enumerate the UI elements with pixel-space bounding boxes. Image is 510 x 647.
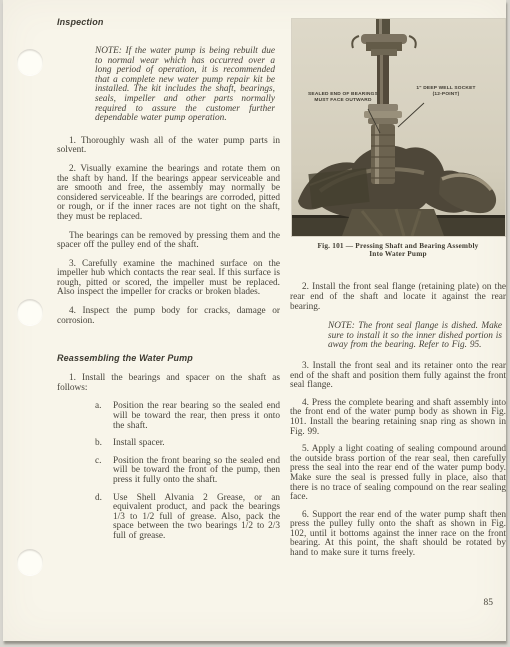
lettered-step-list: a. Position the rear bearing so the seal…: [95, 402, 280, 541]
step-text: Install spacer.: [113, 439, 280, 449]
callout-sealed-end: SEALED END OF BEARINGS MUST FACE OUTWARD: [294, 92, 392, 104]
paragraph-step-2-seal-flange: 2. Install the front seal flange (retain…: [290, 283, 506, 312]
step-label: b.: [95, 439, 113, 449]
step-text: Position the front bearing so the sealed…: [113, 457, 280, 486]
step-item-b: b. Install spacer.: [95, 439, 280, 449]
paragraph-step-5-sealing-compound: 5. Apply a light coating of sealing comp…: [290, 445, 506, 503]
paragraph-step-3-examine-impeller: 3. Carefully examine the machined surfac…: [57, 260, 280, 298]
paragraph-step-1-wash: 1. Thoroughly wash all of the water pump…: [57, 137, 280, 156]
paragraph-step-2-examine-bearings: 2. Visually examine the bearings and rot…: [57, 165, 280, 223]
paragraph-bearings-removal: The bearings can be removed by pressing …: [57, 232, 280, 251]
paragraph-step-3-front-seal: 3. Install the front seal and its retain…: [290, 362, 506, 391]
step-label: d.: [95, 494, 113, 542]
figure-caption: Fig. 101 — Pressing Shaft and Bearing As…: [290, 242, 506, 258]
figure-101-photo: SEALED END OF BEARINGS MUST FACE OUTWARD…: [292, 19, 505, 236]
note-paragraph-water-pump-kit: NOTE: If the water pump is being rebuilt…: [95, 47, 275, 124]
callout-line: MUST FACE OUTWARD: [294, 98, 392, 104]
step-label: c.: [95, 457, 113, 486]
left-column: Inspection NOTE: If the water pump is be…: [57, 17, 280, 550]
punch-hole: [17, 549, 43, 575]
section-heading-reassembling: Reassembling the Water Pump: [57, 353, 280, 363]
step-text: Position the rear bearing so the sealed …: [113, 402, 280, 431]
section-heading-inspection: Inspection: [57, 17, 280, 27]
page-number: 85: [484, 598, 494, 608]
document-page: Inspection NOTE: If the water pump is be…: [3, 0, 506, 641]
figure-caption-line: Into Water Pump: [290, 250, 506, 258]
deep-well-socket: [371, 124, 395, 184]
note-paragraph-seal-flange: NOTE: The front seal flange is dished. M…: [328, 322, 502, 351]
punch-hole: [17, 49, 43, 75]
step-item-d: d. Use Shell Alvania 2 Grease, or an equ…: [95, 494, 280, 542]
callout-line: (12-POINT): [400, 92, 492, 98]
paragraph-step-6-support-shaft: 6. Support the rear end of the water pum…: [290, 511, 506, 559]
bearing-rings: [364, 104, 402, 124]
press-photo-illustration: [292, 19, 505, 236]
paragraph-step-4-press-assembly: 4. Press the complete bearing and shaft …: [290, 399, 506, 437]
punch-hole: [17, 299, 43, 325]
paragraph-step-4-inspect-body: 4. Inspect the pump body for cracks, dam…: [57, 307, 280, 326]
step-item-a: a. Position the rear bearing so the seal…: [95, 402, 280, 431]
step-text: Use Shell Alvania 2 Grease, or an equiva…: [113, 494, 280, 542]
paragraph-install-intro: 1. Install the bearings and spacer on th…: [57, 374, 280, 393]
right-column: SEALED END OF BEARINGS MUST FACE OUTWARD…: [290, 19, 506, 567]
callout-deep-well-socket: 1" DEEP WELL SOCKET (12-POINT): [400, 86, 492, 98]
step-item-c: c. Position the front bearing so the sea…: [95, 457, 280, 486]
right-column-text: 2. Install the front seal flange (retain…: [290, 283, 506, 558]
step-label: a.: [95, 402, 113, 431]
